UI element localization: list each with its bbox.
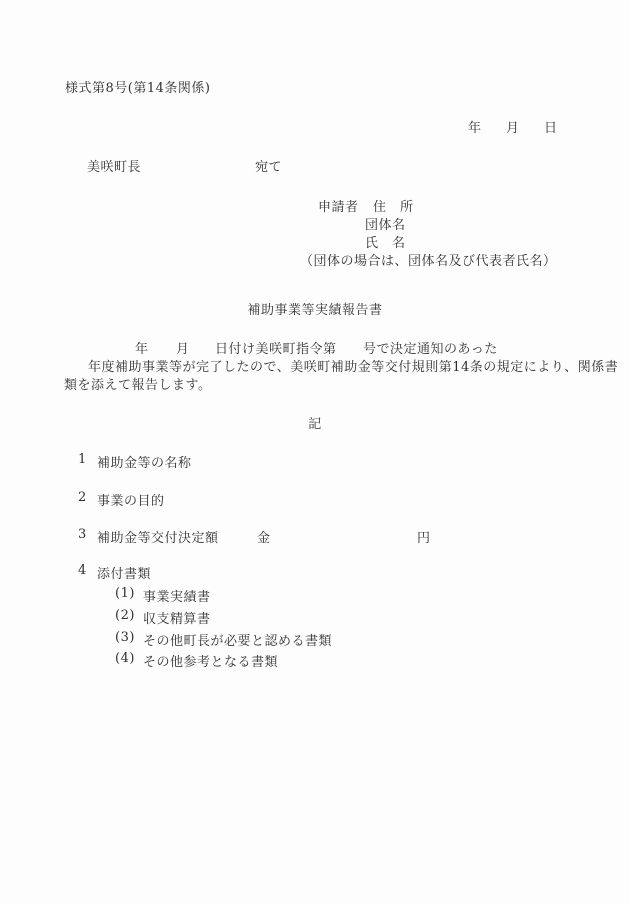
body-notice-text: 号で決定通知のあった — [363, 338, 498, 357]
subitem-1-label: 事業実績書 — [143, 586, 211, 605]
item-1-number: 1 — [78, 452, 87, 467]
subitem-2-label: 収支精算書 — [143, 608, 211, 627]
item-2-label: 事業の目的 — [97, 490, 165, 509]
date-month-label: 月 — [506, 117, 520, 136]
form-number: 様式第8号(第14条関係) — [65, 81, 210, 97]
applicant-note: （団体の場合は、団体名及び代表者氏名） — [300, 250, 557, 269]
subitem-3-number: (3) — [115, 630, 135, 645]
subitem-2-number: (2) — [115, 608, 135, 623]
date-day-label: 日 — [544, 117, 558, 136]
body-year-label: 年 — [135, 338, 149, 357]
applicant-name-label: 氏 名 — [365, 232, 406, 251]
body-line3: 類を添えて報告します。 — [64, 374, 211, 393]
applicant-address-label: 住 所 — [373, 196, 414, 215]
item-4-number: 4 — [78, 563, 87, 578]
body-month-label: 月 — [176, 338, 190, 357]
item-3-amount-yen: 円 — [417, 527, 431, 546]
addressee-suffix: 宛て — [255, 156, 282, 175]
subitem-3-label: その他町長が必要と認める書類 — [143, 630, 332, 649]
body-directive-text: 日付け美咲町指令第 — [215, 338, 337, 357]
item-3-label: 補助金等交付決定額 — [97, 527, 219, 546]
applicant-org-label: 団体名 — [365, 214, 406, 233]
item-1-label: 補助金等の名称 — [97, 452, 192, 471]
item-4-label: 添付書類 — [97, 563, 151, 582]
subitem-4-number: (4) — [115, 651, 135, 666]
item-3-number: 3 — [78, 527, 87, 542]
subitem-1-number: (1) — [115, 586, 135, 601]
date-year-label: 年 — [468, 117, 482, 136]
body-line2: 年度補助事業等が完了したので、美咲町補助金等交付規則第14条の規定により、関係書 — [88, 356, 618, 375]
item-3-amount-kin: 金 — [257, 527, 271, 546]
subitem-4-label: その他参考となる書類 — [143, 651, 278, 670]
item-2-number: 2 — [78, 490, 87, 505]
applicant-label: 申請者 — [318, 196, 359, 215]
document-page: 様式第8号(第14条関係) 年 月 日 美咲町長 宛て 申請者 住 所 団体名 … — [0, 0, 630, 903]
ki-marker: 記 — [0, 417, 630, 433]
document-title: 補助事業等実績報告書 — [0, 303, 630, 319]
addressee-name: 美咲町長 — [87, 156, 141, 175]
